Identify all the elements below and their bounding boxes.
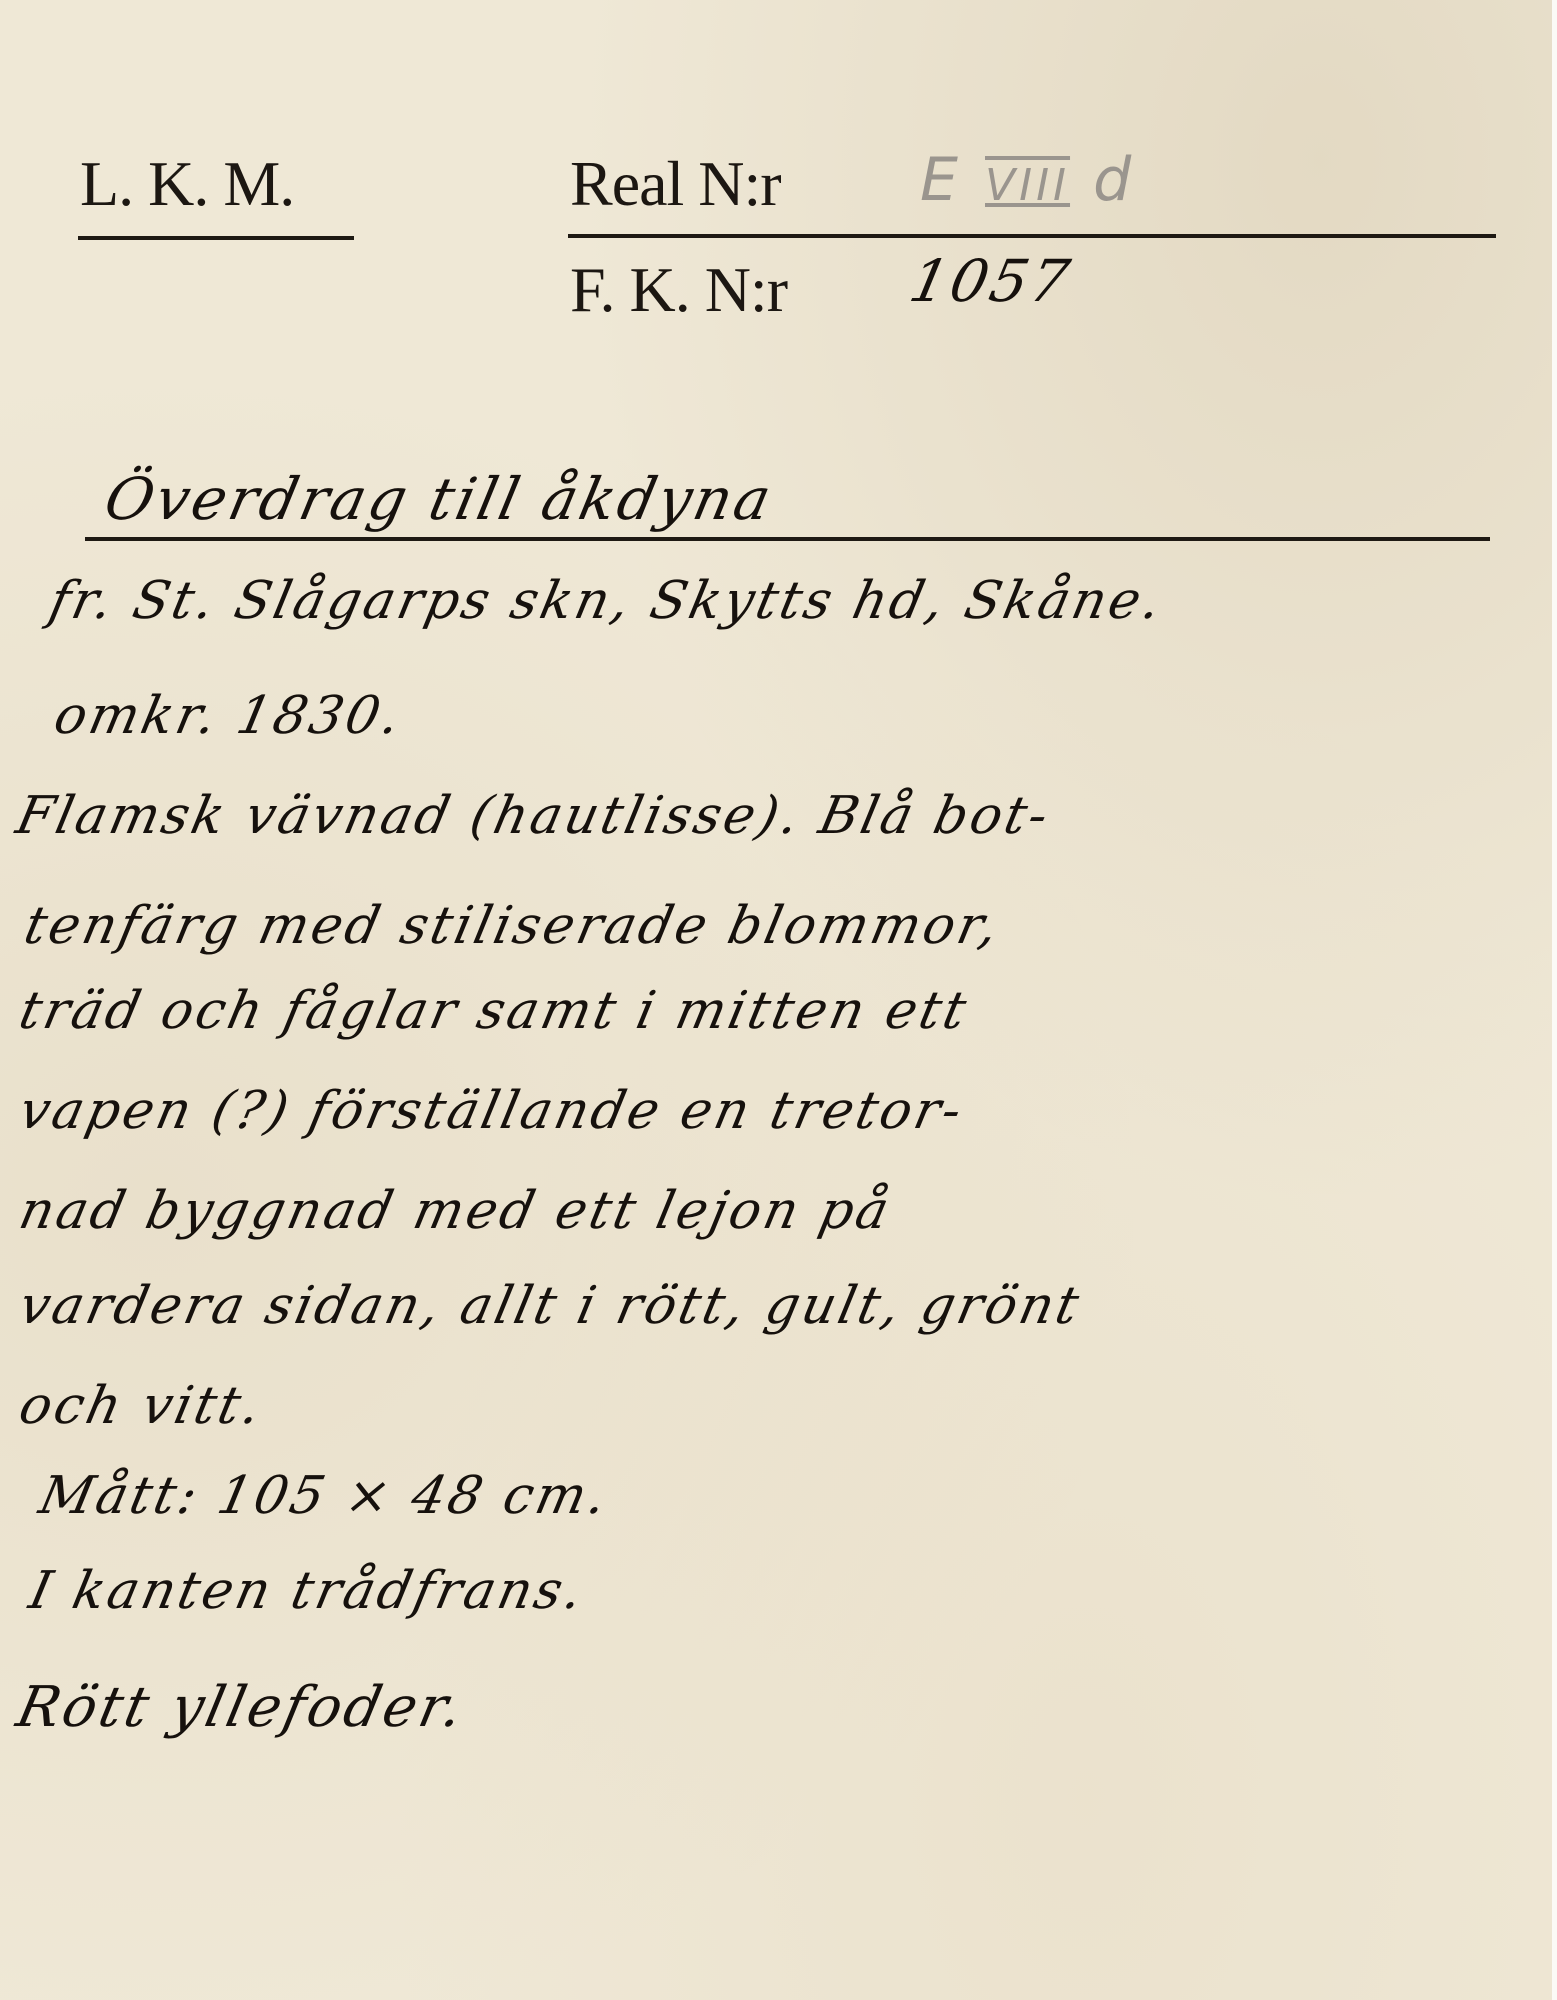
body-line-9: och vitt. (15, 1380, 268, 1432)
real-nr-letter: E (920, 145, 962, 215)
body-line-1: fr. St. Slågarps skn, Skytts hd, Skåne. (45, 575, 1168, 627)
body-line-12: Rött yllefoder. (12, 1680, 470, 1736)
fk-nr-label: F. K. N:r (570, 258, 787, 322)
body-line-7: nad byggnad med ett lejon på (15, 1185, 896, 1237)
body-line-5: träd och fåglar samt i mitten ett (15, 985, 973, 1037)
body-line-11: I kanten trådfrans. (25, 1565, 590, 1617)
real-nr-label: Real N:r (570, 152, 781, 216)
real-nr-value: E VIII d (920, 150, 1135, 210)
body-line-10: Mått: 105 × 48 cm. (35, 1470, 614, 1522)
body-line-3: Flamsk vävnad (hautlisse). Blå bot- (12, 790, 1055, 842)
museum-abbrev: L. K. M. (80, 152, 294, 216)
fk-nr-value: 1057 (905, 252, 1077, 310)
body-line-6: vapen (?) förställande en tretor- (15, 1085, 969, 1137)
real-nr-roman: VIII (985, 160, 1070, 211)
object-title: Överdrag till åkdyna (100, 470, 779, 528)
body-line-8: vardera sidan, allt i rött, gult, grönt (15, 1280, 1086, 1332)
museum-abbrev-underline (78, 236, 354, 240)
paper-edge (1552, 0, 1557, 2000)
title-rule (85, 537, 1490, 541)
catalogue-card: L. K. M. Real N:r E VIII d F. K. N:r 105… (0, 0, 1552, 2000)
body-line-4: tenfärg med stiliserade blommor, (20, 900, 1005, 952)
header-rule (568, 234, 1496, 238)
real-nr-suffix: d (1093, 145, 1135, 215)
body-line-2: omkr. 1830. (50, 690, 407, 742)
